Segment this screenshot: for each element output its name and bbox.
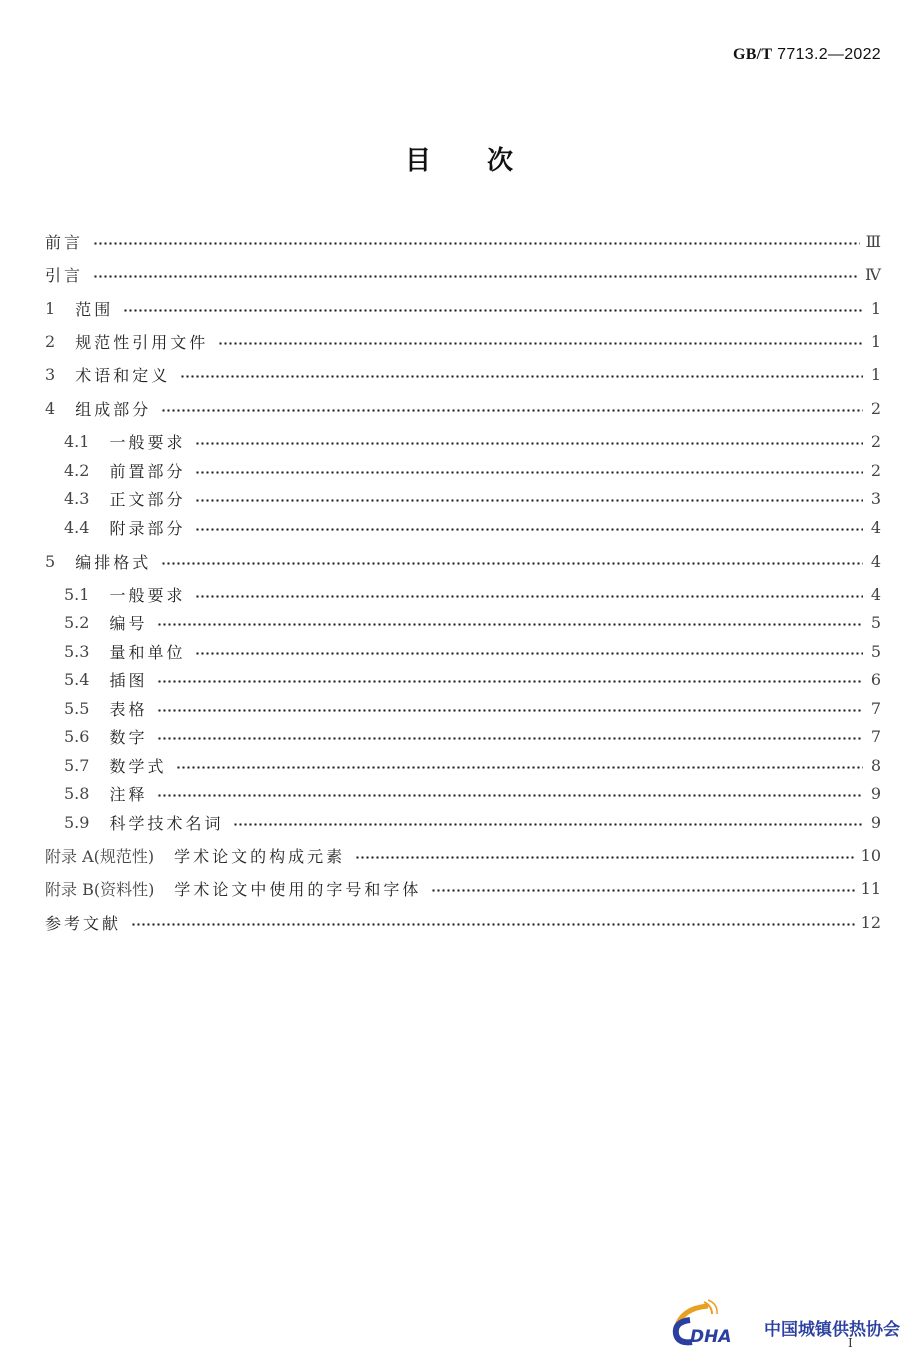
toc-entry[interactable]: 前言Ⅲ: [45, 228, 881, 254]
toc-entry-title: 编号: [109, 611, 147, 634]
toc-entry-title: 前言: [45, 230, 83, 253]
toc-entry-page: 6: [869, 670, 881, 689]
toc-entry-number: 5.5: [64, 699, 89, 718]
toc-entry[interactable]: 3术语和定义1: [45, 361, 881, 387]
toc-entry-title: 术语和定义: [75, 363, 170, 386]
association-name: 中国城镇供热协会: [764, 1315, 900, 1340]
toc-entry-page: 7: [869, 699, 881, 718]
toc-entry-number: 4.3: [64, 489, 89, 508]
toc-entry-number: 3: [45, 365, 55, 384]
toc-entry[interactable]: 附录 B(资料性)学术论文中使用的字号和字体11: [45, 875, 881, 901]
toc-entry-page: 10: [861, 846, 881, 865]
toc-entry[interactable]: 附录 A(规范性)学术论文的构成元素10: [45, 842, 881, 868]
toc-entry-number: 4.4: [64, 518, 89, 537]
toc-entry[interactable]: 5.2编号5: [64, 609, 881, 635]
toc-entry-page: 4: [869, 518, 881, 537]
toc-entry[interactable]: 5.3量和单位5: [64, 638, 881, 664]
toc-entry-number: 2: [45, 332, 55, 351]
dot-leader: [157, 794, 863, 797]
dot-leader: [161, 562, 863, 565]
toc-entry-number: 5.3: [64, 642, 89, 661]
toc-entry[interactable]: 5.7数学式8: [64, 752, 881, 778]
toc-entry-page: 7: [869, 727, 881, 746]
toc-entry-number: 5.4: [64, 670, 89, 689]
dot-leader: [195, 499, 863, 502]
dot-leader: [195, 528, 863, 531]
toc-entry-title: 前置部分: [109, 459, 185, 482]
dot-leader: [355, 856, 854, 859]
dot-leader: [233, 823, 863, 826]
toc-entry-page: Ⅳ: [865, 265, 881, 284]
toc-entry-page: 5: [869, 642, 881, 661]
toc-entry-page: 9: [869, 813, 881, 832]
dot-leader: [131, 923, 855, 926]
toc-entry-number: 5: [45, 552, 55, 571]
dot-leader: [157, 623, 863, 626]
toc-entry[interactable]: 4.2前置部分2: [64, 457, 881, 483]
toc-entry-number: 4.2: [64, 461, 89, 480]
toc-entry-page: 1: [869, 365, 881, 384]
toc-entry-title: 参考文献: [45, 911, 121, 934]
dot-leader: [195, 442, 863, 445]
dot-leader: [157, 709, 863, 712]
dot-leader: [218, 342, 863, 345]
dot-leader: [431, 889, 854, 892]
toc-entry-title: 数学式: [109, 754, 166, 777]
toc-entry-page: 8: [869, 756, 881, 775]
dot-leader: [161, 409, 863, 412]
toc-entry[interactable]: 2规范性引用文件1: [45, 328, 881, 354]
toc-entry-number: 附录 A(规范性): [45, 844, 154, 867]
toc-entry-page: 1: [869, 299, 881, 318]
toc-entry-page: 5: [869, 613, 881, 632]
toc-entry-number: 5.1: [64, 585, 89, 604]
toc-entry-title: 引言: [45, 263, 83, 286]
toc-entry-page: 9: [869, 784, 881, 803]
toc-entry-page: 2: [869, 399, 881, 418]
toc-entry-title: 附录部分: [109, 516, 185, 539]
toc-entry-page: 12: [861, 913, 881, 932]
svg-text:DHA: DHA: [690, 1327, 732, 1347]
dot-leader: [123, 309, 863, 312]
toc-entry-page: 2: [869, 432, 881, 451]
dot-leader: [93, 275, 859, 278]
dot-leader: [157, 680, 863, 683]
toc-entry-page: Ⅲ: [866, 232, 881, 251]
toc-entry-title: 数字: [109, 725, 147, 748]
toc-entry[interactable]: 5.5表格7: [64, 695, 881, 721]
toc-entry-number: 4: [45, 399, 55, 418]
association-logo: DHA 中国城镇供热协会: [668, 1298, 908, 1348]
toc-entry-title: 学术论文中使用的字号和字体: [174, 877, 421, 900]
toc-entry[interactable]: 5.8注释9: [64, 780, 881, 806]
standard-prefix: GB/T: [733, 46, 772, 63]
standard-number: 7713.2—2022: [777, 46, 881, 63]
toc-entry[interactable]: 5.4插图6: [64, 666, 881, 692]
toc-entry-title: 规范性引用文件: [75, 330, 208, 353]
toc-entry-page: 11: [861, 879, 881, 898]
toc-entry-page: 3: [869, 489, 881, 508]
toc-entry-title: 注释: [109, 782, 147, 805]
toc-entry-title: 学术论文的构成元素: [174, 844, 345, 867]
toc-entry-title: 一般要求: [109, 430, 185, 453]
toc-entry-number: 5.9: [64, 813, 89, 832]
toc-entry-title: 一般要求: [109, 583, 185, 606]
standard-code: GB/T 7713.2—2022: [733, 46, 881, 64]
toc-entry-title: 插图: [109, 668, 147, 691]
toc-entry-number: 5.8: [64, 784, 89, 803]
dot-leader: [195, 471, 863, 474]
toc-entry[interactable]: 4组成部分2: [45, 395, 881, 421]
toc-entry[interactable]: 1范围1: [45, 295, 881, 321]
toc-entry[interactable]: 5.1一般要求4: [64, 581, 881, 607]
toc-entry-page: 4: [869, 585, 881, 604]
dot-leader: [195, 595, 863, 598]
page-number: I: [848, 1336, 853, 1350]
toc-entry-page: 4: [869, 552, 881, 571]
toc-entry-number: 5.6: [64, 727, 89, 746]
toc-entry-number: 5.7: [64, 756, 89, 775]
dot-leader: [157, 737, 863, 740]
toc-entry-page: 1: [869, 332, 881, 351]
toc-entry[interactable]: 4.3正文部分3: [64, 485, 881, 511]
toc-entry[interactable]: 5.6数字7: [64, 723, 881, 749]
toc-entry-title: 正文部分: [109, 487, 185, 510]
toc-entry-number: 4.1: [64, 432, 89, 451]
toc-entry-title: 科学技术名词: [109, 811, 223, 834]
toc-entry-number: 5.2: [64, 613, 89, 632]
toc-entry[interactable]: 参考文献12: [45, 909, 881, 935]
toc-entry-number: 1: [45, 299, 55, 318]
page-title: 目次: [0, 140, 918, 177]
toc-entry-title: 范围: [75, 297, 113, 320]
toc-entry-title: 编排格式: [75, 550, 151, 573]
toc-entry-title: 组成部分: [75, 397, 151, 420]
toc-entry[interactable]: 5编排格式4: [45, 548, 881, 574]
toc-entry-number: 附录 B(资料性): [45, 877, 154, 900]
dot-leader: [93, 242, 860, 245]
cdha-logo-icon: DHA: [668, 1298, 764, 1348]
toc-entry-title: 表格: [109, 697, 147, 720]
toc-entry[interactable]: 引言Ⅳ: [45, 261, 881, 287]
toc-entry[interactable]: 4.4附录部分4: [64, 514, 881, 540]
toc-entry-page: 2: [869, 461, 881, 480]
dot-leader: [195, 652, 863, 655]
dot-leader: [176, 766, 863, 769]
dot-leader: [180, 375, 863, 378]
toc-entry[interactable]: 4.1一般要求2: [64, 428, 881, 454]
toc-entry[interactable]: 5.9科学技术名词9: [64, 809, 881, 835]
toc-entry-title: 量和单位: [109, 640, 185, 663]
